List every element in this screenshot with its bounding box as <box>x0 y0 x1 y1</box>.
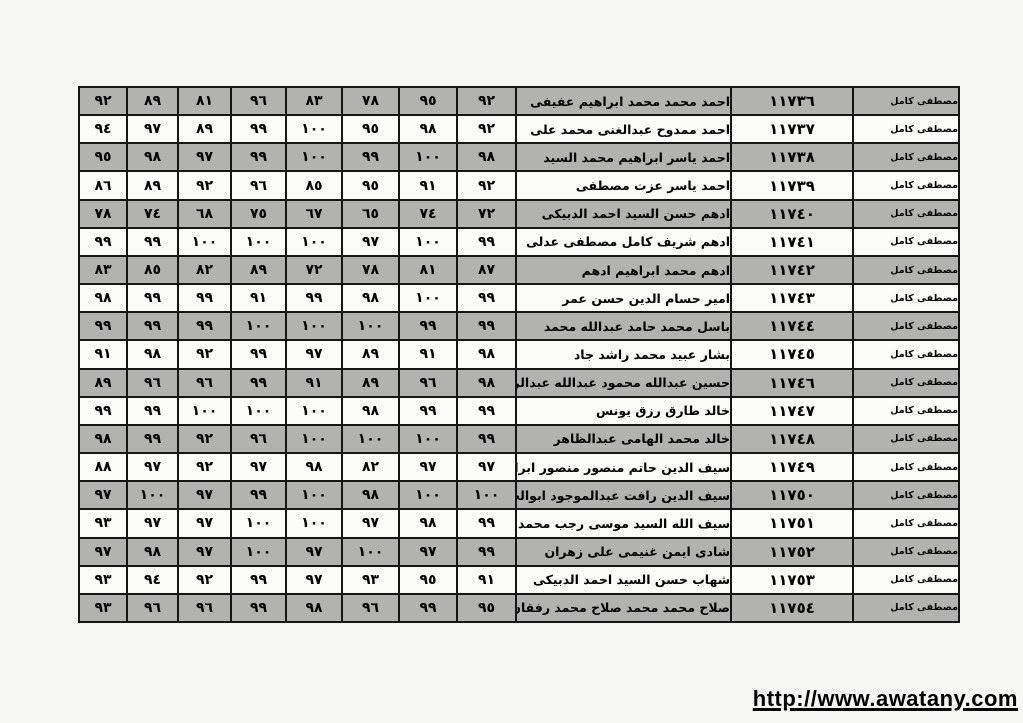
student-name-cell: خالد طارق رزق يونس <box>516 397 731 425</box>
score-cell: ٧٤ <box>399 200 457 228</box>
score-cell: ٩٩ <box>231 143 286 171</box>
district-cell: مصطفى كامل <box>853 284 959 312</box>
score-cell: ٩٩ <box>457 425 516 453</box>
score-cell: ٩٩ <box>231 566 286 594</box>
score-cell: ١٠٠ <box>286 509 342 537</box>
score-cell: ٩٧ <box>79 481 127 509</box>
score-cell: ٩٦ <box>231 425 286 453</box>
score-cell: ١٠٠ <box>399 481 457 509</box>
score-cell: ٨٣ <box>286 87 342 115</box>
score-cell: ٩٩ <box>286 284 342 312</box>
student-name-cell: امير حسام الدين حسن عمر <box>516 284 731 312</box>
student-name-cell: ادهم محمد ابراهيم ادهم <box>516 256 731 284</box>
score-cell: ٧٤ <box>127 200 178 228</box>
score-cell: ٩٩ <box>457 397 516 425</box>
score-cell: ٩٨ <box>342 481 399 509</box>
score-cell: ٨١ <box>399 256 457 284</box>
score-cell: ٩١ <box>399 171 457 199</box>
district-cell: مصطفى كامل <box>853 256 959 284</box>
score-cell: ٩٩ <box>231 481 286 509</box>
score-cell: ٩٧ <box>342 228 399 256</box>
student-name-cell: ادهم شريف كامل مصطفى عدلى <box>516 228 731 256</box>
score-cell: ٩٢ <box>457 171 516 199</box>
student-name-cell: بشار عبيد محمد راشد جاد <box>516 340 731 368</box>
score-cell: ٩٩ <box>231 340 286 368</box>
score-cell: ٩٢ <box>178 425 231 453</box>
district-cell: مصطفى كامل <box>853 369 959 397</box>
score-cell: ١٠٠ <box>286 143 342 171</box>
score-cell: ٩٩ <box>127 397 178 425</box>
score-cell: ٦٨ <box>178 200 231 228</box>
website-url-link[interactable]: http://www.awatany.com <box>753 686 1018 712</box>
score-cell: ١٠٠ <box>231 312 286 340</box>
table-row: ٩٨ ٩٩ ٩٩ ٩١ ٩٩ ٩٨ ١٠٠ ٩٩ امير حسام الدين… <box>79 284 959 312</box>
score-cell: ٨٨ <box>79 453 127 481</box>
results-grid: ٩٢ ٨٩ ٨١ ٩٦ ٨٣ ٧٨ ٩٥ ٩٢ احمد محمد محمد ا… <box>78 86 960 623</box>
district-cell: مصطفى كامل <box>853 481 959 509</box>
seat-number-cell: ١١٧٤٢ <box>731 256 853 284</box>
score-cell: ٩٨ <box>457 143 516 171</box>
score-cell: ٨٥ <box>286 171 342 199</box>
table-row: ٩٤ ٩٧ ٨٩ ٩٩ ١٠٠ ٩٥ ٩٨ ٩٢ احمد ممدوح عبدا… <box>79 115 959 143</box>
score-cell: ٩٩ <box>79 312 127 340</box>
seat-number-cell: ١١٧٥٠ <box>731 481 853 509</box>
score-cell: ٩٢ <box>457 115 516 143</box>
table-row: ٩٧ ٩٨ ٩٧ ١٠٠ ٩٧ ١٠٠ ٩٧ ٩٩ شادى ايمن غنيم… <box>79 538 959 566</box>
score-cell: ١٠٠ <box>231 397 286 425</box>
score-cell: ٨٢ <box>178 256 231 284</box>
district-cell: مصطفى كامل <box>853 425 959 453</box>
table-row: ٩٩ ٩٩ ٩٩ ١٠٠ ١٠٠ ١٠٠ ٩٩ ٩٩ باسل محمد حام… <box>79 312 959 340</box>
score-cell: ١٠٠ <box>127 481 178 509</box>
score-cell: ٩٨ <box>342 284 399 312</box>
score-cell: ١٠٠ <box>342 538 399 566</box>
results-table: ٩٢ ٨٩ ٨١ ٩٦ ٨٣ ٧٨ ٩٥ ٩٢ احمد محمد محمد ا… <box>78 86 960 623</box>
seat-number-cell: ١١٧٤٧ <box>731 397 853 425</box>
score-cell: ٩٨ <box>286 453 342 481</box>
score-cell: ٩٢ <box>178 566 231 594</box>
score-cell: ١٠٠ <box>399 284 457 312</box>
score-cell: ٧٨ <box>342 256 399 284</box>
student-name-cell: خالد محمد الهامى عبدالظاهر <box>516 425 731 453</box>
score-cell: ٩٧ <box>178 143 231 171</box>
score-cell: ٦٧ <box>286 200 342 228</box>
score-cell: ٩٦ <box>231 171 286 199</box>
score-cell: ٩٨ <box>79 425 127 453</box>
student-name-cell: شادى ايمن غنيمى على زهران <box>516 538 731 566</box>
student-name-cell: سيف الدين رافت عبدالموجود ابوالخير <box>516 481 731 509</box>
score-cell: ٩٧ <box>178 481 231 509</box>
score-cell: ١٠٠ <box>286 481 342 509</box>
score-cell: ٩٢ <box>457 87 516 115</box>
score-cell: ١٠٠ <box>342 312 399 340</box>
student-name-cell: احمد ممدوح عبدالغنى محمد على <box>516 115 731 143</box>
table-row: ٩٣ ٩٤ ٩٢ ٩٩ ٩٧ ٩٣ ٩٥ ٩١ شهاب حسن السيد ا… <box>79 566 959 594</box>
score-cell: ١٠٠ <box>286 312 342 340</box>
district-cell: مصطفى كامل <box>853 87 959 115</box>
table-row: ٨٦ ٨٩ ٩٢ ٩٦ ٨٥ ٩٥ ٩١ ٩٢ احمد ياسر عزت مص… <box>79 171 959 199</box>
student-name-cell: ادهم حسن السيد احمد الدبيكى <box>516 200 731 228</box>
score-cell: ٩٩ <box>457 509 516 537</box>
score-cell: ٩٧ <box>127 509 178 537</box>
score-cell: ١٠٠ <box>231 509 286 537</box>
seat-number-cell: ١١٧٤٩ <box>731 453 853 481</box>
score-cell: ٧٨ <box>79 200 127 228</box>
student-name-cell: احمد ياسر عزت مصطفى <box>516 171 731 199</box>
seat-number-cell: ١١٧٤٤ <box>731 312 853 340</box>
district-cell: مصطفى كامل <box>853 312 959 340</box>
seat-number-cell: ١١٧٣٧ <box>731 115 853 143</box>
score-cell: ٩٩ <box>127 284 178 312</box>
table-row: ٧٨ ٧٤ ٦٨ ٧٥ ٦٧ ٦٥ ٧٤ ٧٢ ادهم حسن السيد ا… <box>79 200 959 228</box>
score-cell: ٩٩ <box>457 312 516 340</box>
district-cell: مصطفى كامل <box>853 453 959 481</box>
score-cell: ١٠٠ <box>457 481 516 509</box>
score-cell: ٩٩ <box>231 369 286 397</box>
score-cell: ١٠٠ <box>342 425 399 453</box>
score-cell: ٩٨ <box>399 115 457 143</box>
score-cell: ٩٩ <box>79 397 127 425</box>
score-cell: ١٠٠ <box>231 538 286 566</box>
district-cell: مصطفى كامل <box>853 566 959 594</box>
score-cell: ٩٩ <box>342 143 399 171</box>
score-cell: ٩٧ <box>457 453 516 481</box>
score-cell: ٩٣ <box>79 509 127 537</box>
district-cell: مصطفى كامل <box>853 171 959 199</box>
table-row: ٩٨ ٩٩ ٩٢ ٩٦ ١٠٠ ١٠٠ ١٠٠ ٩٩ خالد محمد اله… <box>79 425 959 453</box>
district-cell: مصطفى كامل <box>853 200 959 228</box>
score-cell: ٩٥ <box>342 171 399 199</box>
score-cell: ٩٩ <box>127 312 178 340</box>
score-cell: ٩٣ <box>342 566 399 594</box>
student-name-cell: صلاح محمد محمد صلاح محمد رفقان <box>516 594 731 622</box>
seat-number-cell: ١١٧٤١ <box>731 228 853 256</box>
score-cell: ٩٩ <box>399 312 457 340</box>
score-cell: ٩٣ <box>79 566 127 594</box>
seat-number-cell: ١١٧٥١ <box>731 509 853 537</box>
score-cell: ٩٧ <box>286 566 342 594</box>
district-cell: مصطفى كامل <box>853 228 959 256</box>
score-cell: ٧٢ <box>286 256 342 284</box>
score-cell: ٩٧ <box>178 538 231 566</box>
score-cell: ٨١ <box>178 87 231 115</box>
score-cell: ١٠٠ <box>231 228 286 256</box>
seat-number-cell: ١١٧٥٢ <box>731 538 853 566</box>
score-cell: ٩٩ <box>457 284 516 312</box>
score-cell: ٩٥ <box>79 143 127 171</box>
student-name-cell: احمد ياسر ابراهيم محمد السيد <box>516 143 731 171</box>
score-cell: ١٠٠ <box>286 397 342 425</box>
table-row: ٨٩ ٩٦ ٩٦ ٩٩ ٩١ ٨٩ ٩٦ ٩٨ حسين عبدالله محم… <box>79 369 959 397</box>
score-cell: ٩٢ <box>178 171 231 199</box>
score-cell: ٩٦ <box>127 369 178 397</box>
score-cell: ٩٧ <box>399 453 457 481</box>
score-cell: ٩١ <box>286 369 342 397</box>
score-cell: ٨٧ <box>457 256 516 284</box>
student-name-cell: سيف الدين حاتم منصور منصور ابراهيم <box>516 453 731 481</box>
score-cell: ٩٤ <box>79 115 127 143</box>
score-cell: ٩٤ <box>127 566 178 594</box>
seat-number-cell: ١١٧٤٥ <box>731 340 853 368</box>
score-cell: ٩٧ <box>399 538 457 566</box>
seat-number-cell: ١١٧٣٩ <box>731 171 853 199</box>
score-cell: ٩٨ <box>286 594 342 622</box>
score-cell: ٩٦ <box>231 87 286 115</box>
score-cell: ١٠٠ <box>399 425 457 453</box>
score-cell: ٩٦ <box>178 369 231 397</box>
district-cell: مصطفى كامل <box>853 509 959 537</box>
score-cell: ٩٥ <box>457 594 516 622</box>
table-row: ٩٣ ٩٦ ٩٦ ٩٩ ٩٨ ٩٦ ٩٩ ٩٥ صلاح محمد محمد ص… <box>79 594 959 622</box>
district-cell: مصطفى كامل <box>853 594 959 622</box>
score-cell: ٩٦ <box>127 594 178 622</box>
score-cell: ٩٨ <box>127 340 178 368</box>
score-cell: ٧٨ <box>342 87 399 115</box>
score-cell: ٩١ <box>231 284 286 312</box>
score-cell: ٩٩ <box>127 425 178 453</box>
score-cell: ٩٦ <box>178 594 231 622</box>
score-cell: ٩٨ <box>342 397 399 425</box>
score-cell: ٨٩ <box>127 171 178 199</box>
score-cell: ٩٨ <box>127 143 178 171</box>
score-cell: ٩٨ <box>457 340 516 368</box>
score-cell: ٨٩ <box>342 340 399 368</box>
score-cell: ٩٧ <box>286 340 342 368</box>
student-name-cell: حسين عبدالله محمود عبدالله عبدالرحمن <box>516 369 731 397</box>
score-cell: ٨٩ <box>342 369 399 397</box>
score-cell: ٩٩ <box>399 397 457 425</box>
score-cell: ١٠٠ <box>286 228 342 256</box>
seat-number-cell: ١١٧٥٤ <box>731 594 853 622</box>
score-cell: ٩١ <box>79 340 127 368</box>
student-name-cell: باسل محمد حامد عبدالله محمد <box>516 312 731 340</box>
page-canvas: ٩٢ ٨٩ ٨١ ٩٦ ٨٣ ٧٨ ٩٥ ٩٢ احمد محمد محمد ا… <box>0 0 1023 723</box>
seat-number-cell: ١١٧٤٦ <box>731 369 853 397</box>
score-cell: ٩٥ <box>399 87 457 115</box>
seat-number-cell: ١١٧٣٦ <box>731 87 853 115</box>
district-cell: مصطفى كامل <box>853 143 959 171</box>
score-cell: ٨٢ <box>342 453 399 481</box>
score-cell: ٦٥ <box>342 200 399 228</box>
score-cell: ١٠٠ <box>286 425 342 453</box>
score-cell: ٧٥ <box>231 200 286 228</box>
seat-number-cell: ١١٧٥٣ <box>731 566 853 594</box>
score-cell: ٨٩ <box>127 87 178 115</box>
table-row: ٨٨ ٩٧ ٩٢ ٩٧ ٩٨ ٨٢ ٩٧ ٩٧ سيف الدين حاتم م… <box>79 453 959 481</box>
score-cell: ٩٥ <box>342 115 399 143</box>
score-cell: ٩٢ <box>178 340 231 368</box>
score-cell: ١٠٠ <box>399 228 457 256</box>
score-cell: ٩٣ <box>79 594 127 622</box>
score-cell: ٩٧ <box>178 509 231 537</box>
student-name-cell: احمد محمد محمد ابراهيم عفيفى <box>516 87 731 115</box>
score-cell: ٩٩ <box>399 594 457 622</box>
score-cell: ٩٩ <box>178 312 231 340</box>
district-cell: مصطفى كامل <box>853 397 959 425</box>
score-cell: ٩٨ <box>399 509 457 537</box>
score-cell: ٩٥ <box>399 566 457 594</box>
score-cell: ٩٨ <box>79 284 127 312</box>
seat-number-cell: ١١٧٣٨ <box>731 143 853 171</box>
score-cell: ١٠٠ <box>286 115 342 143</box>
table-row: ٩٣ ٩٧ ٩٧ ١٠٠ ١٠٠ ٩٧ ٩٨ ٩٩ سيف الله السيد… <box>79 509 959 537</box>
score-cell: ٩١ <box>457 566 516 594</box>
score-cell: ٩٧ <box>342 509 399 537</box>
seat-number-cell: ١١٧٤٨ <box>731 425 853 453</box>
score-cell: ٨٩ <box>79 369 127 397</box>
student-name-cell: سيف الله السيد موسى رجب محمد <box>516 509 731 537</box>
score-cell: ١٠٠ <box>178 228 231 256</box>
score-cell: ٩٢ <box>79 87 127 115</box>
results-body: ٩٢ ٨٩ ٨١ ٩٦ ٨٣ ٧٨ ٩٥ ٩٢ احمد محمد محمد ا… <box>79 87 959 622</box>
seat-number-cell: ١١٧٤٣ <box>731 284 853 312</box>
score-cell: ٨٥ <box>127 256 178 284</box>
score-cell: ٨٩ <box>231 256 286 284</box>
score-cell: ٨٩ <box>178 115 231 143</box>
score-cell: ٩٩ <box>178 284 231 312</box>
score-cell: ٩٧ <box>79 538 127 566</box>
student-name-cell: شهاب حسن السيد احمد الدبيكى <box>516 566 731 594</box>
district-cell: مصطفى كامل <box>853 538 959 566</box>
table-row: ٩١ ٩٨ ٩٢ ٩٩ ٩٧ ٨٩ ٩١ ٩٨ بشار عبيد محمد ر… <box>79 340 959 368</box>
score-cell: ٩٩ <box>231 594 286 622</box>
score-cell: ٩٩ <box>127 228 178 256</box>
score-cell: ٩٩ <box>79 228 127 256</box>
score-cell: ٩٧ <box>231 453 286 481</box>
table-row: ٨٣ ٨٥ ٨٢ ٨٩ ٧٢ ٧٨ ٨١ ٨٧ ادهم محمد ابراهي… <box>79 256 959 284</box>
table-row: ٩٢ ٨٩ ٨١ ٩٦ ٨٣ ٧٨ ٩٥ ٩٢ احمد محمد محمد ا… <box>79 87 959 115</box>
score-cell: ٩٧ <box>127 453 178 481</box>
score-cell: ٩٨ <box>457 369 516 397</box>
score-cell: ٩٢ <box>178 453 231 481</box>
score-cell: ٩٦ <box>399 369 457 397</box>
score-cell: ١٠٠ <box>178 397 231 425</box>
table-row: ٩٧ ١٠٠ ٩٧ ٩٩ ١٠٠ ٩٨ ١٠٠ ١٠٠ سيف الدين را… <box>79 481 959 509</box>
score-cell: ٩٧ <box>127 115 178 143</box>
seat-number-cell: ١١٧٤٠ <box>731 200 853 228</box>
score-cell: ٩٦ <box>342 594 399 622</box>
table-row: ٩٩ ٩٩ ١٠٠ ١٠٠ ١٠٠ ٩٧ ١٠٠ ٩٩ ادهم شريف كا… <box>79 228 959 256</box>
score-cell: ٩٧ <box>286 538 342 566</box>
district-cell: مصطفى كامل <box>853 340 959 368</box>
score-cell: ٩٩ <box>457 228 516 256</box>
table-row: ٩٥ ٩٨ ٩٧ ٩٩ ١٠٠ ٩٩ ١٠٠ ٩٨ احمد ياسر ابرا… <box>79 143 959 171</box>
score-cell: ١٠٠ <box>399 143 457 171</box>
score-cell: ٩٩ <box>457 538 516 566</box>
score-cell: ٧٢ <box>457 200 516 228</box>
score-cell: ٩٨ <box>127 538 178 566</box>
district-cell: مصطفى كامل <box>853 115 959 143</box>
score-cell: ٨٣ <box>79 256 127 284</box>
score-cell: ٨٦ <box>79 171 127 199</box>
score-cell: ٩١ <box>399 340 457 368</box>
table-row: ٩٩ ٩٩ ١٠٠ ١٠٠ ١٠٠ ٩٨ ٩٩ ٩٩ خالد طارق رزق… <box>79 397 959 425</box>
score-cell: ٩٩ <box>231 115 286 143</box>
